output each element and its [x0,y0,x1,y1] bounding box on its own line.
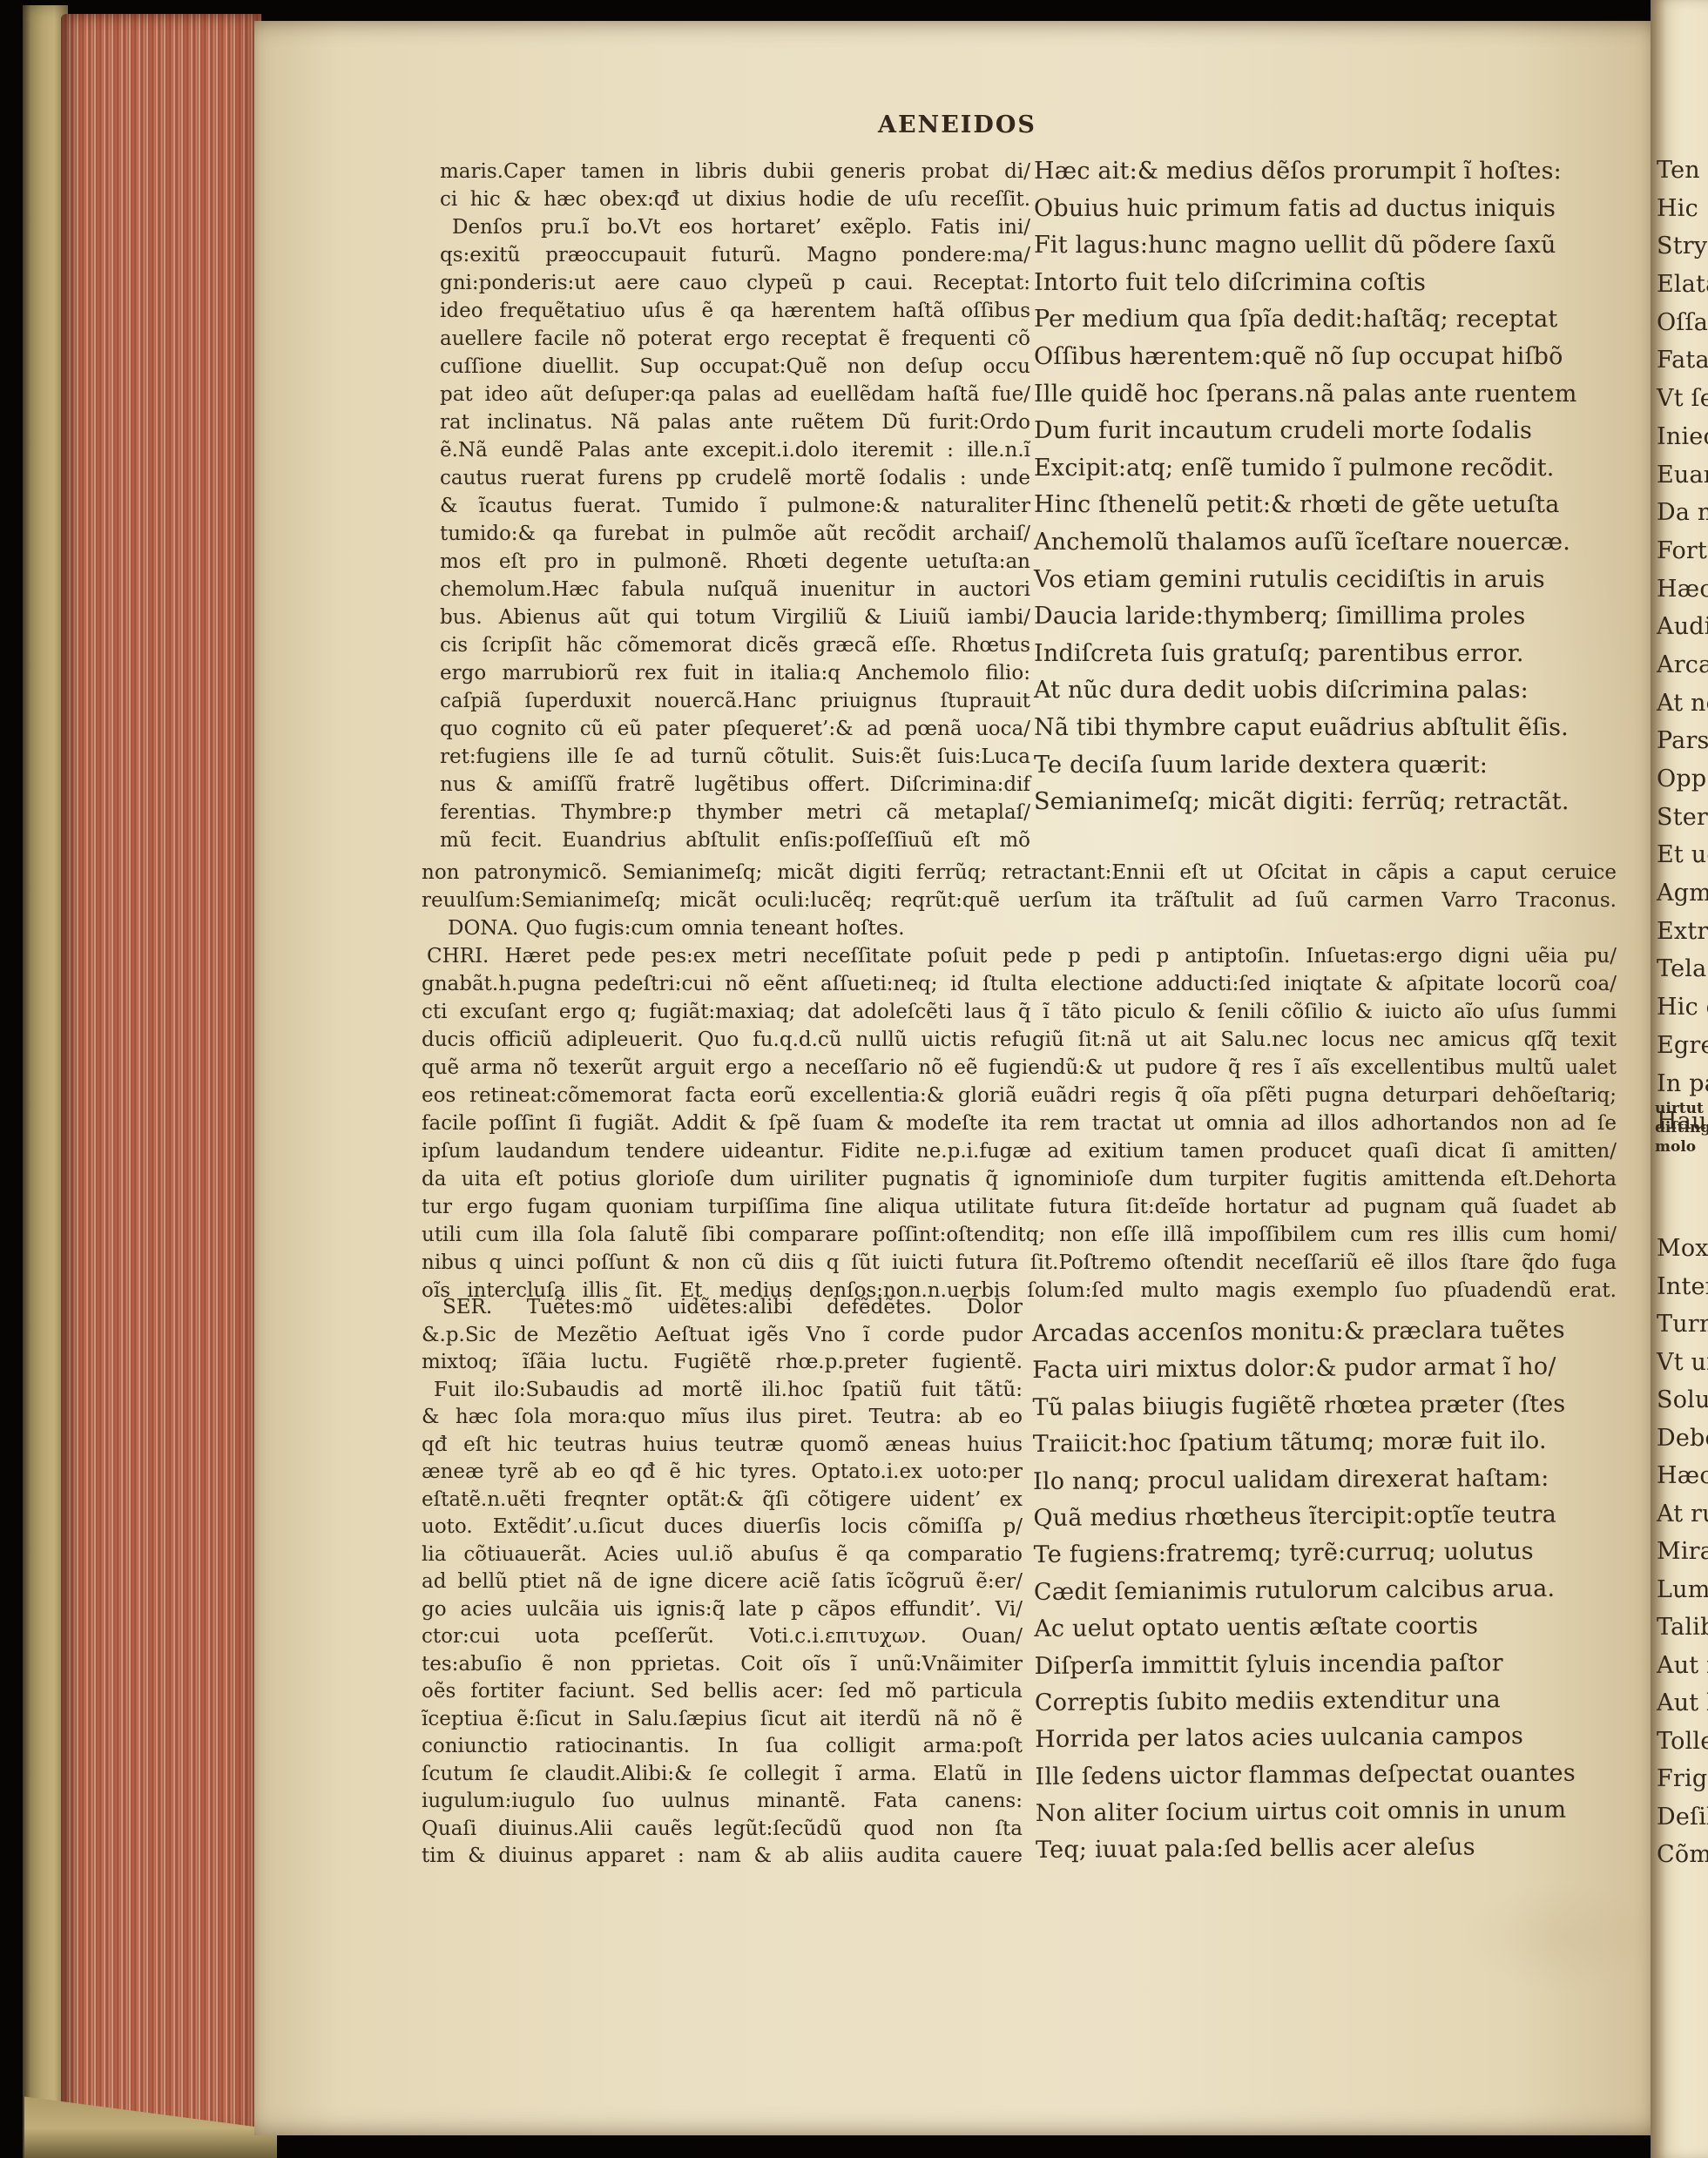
commentary-line: eos retineat:cõmemorat facta eorũ excell… [422,1082,1617,1109]
facing-verse-fragments-bottom: MoxIntereTurnVt uiSolusDebeHæc aAt ruMir… [1657,1230,1708,1874]
facing-commentary-fragments: uirtutdiſtingmolo [1655,1099,1708,1157]
cutoff-verse-fragment: Vt ſe [1657,380,1708,418]
page-header-title: AENEIDOS [878,111,1036,138]
commentary-line: quo cognito cũ eũ pater pſequeret’:& ad … [440,715,1030,743]
commentary-line: oẽs fortiter faciunt. Sed bellis acer: ſ… [422,1678,1023,1706]
commentary-line: & ĩcautus fuerat. Tumido ĩ pulmone:& nat… [440,492,1030,520]
commentary-line: caſpiã ſuperduxit nouercã.Hanc priuignus… [440,687,1030,715]
verse-line: Non aliter ſocium uirtus coit omnis in u… [1036,1791,1628,1832]
commentary-line: bus. Abienus aũt qui totum Virgiliũ & Li… [440,604,1030,631]
cutoff-verse-fragment: Hæc [1657,570,1708,609]
commentary-line: ad bellũ ptiet nã de igne dicere aciẽ ſa… [422,1568,1023,1596]
commentary-line: &.p.Sic de Mezẽtio Aeſtuat igẽs Vno ĩ co… [422,1322,1023,1350]
verse-line: Horrida per latos acies uulcania campos [1035,1718,1627,1759]
cutoff-verse-fragment: Hic õ [1657,988,1708,1027]
commentary-line: cautus ruerat furens pp crudelẽ mortẽ ſo… [440,464,1030,492]
verse-line: Indiſcreta ſuis gratuſq; parentibus erro… [1034,636,1619,673]
commentary-line: rat inclinatus. Nã palas ante ruẽtem Dũ … [440,408,1030,436]
cutoff-verse-fragment: Hic [1657,190,1708,228]
commentary-line: mos eſt pro in pulmonẽ. Rhœti degente ue… [440,548,1030,576]
verse-line: Arcadas accenſos monitu:& præclara tuẽte… [1032,1312,1624,1352]
cutoff-verse-fragment: Intere [1657,1268,1708,1306]
commentary-line: uoto. Extẽdit’.u.ſicut duces diuerſis lo… [422,1514,1023,1541]
verse-line: Ac uelut optato uentis æſtate coortis [1034,1607,1626,1648]
cutoff-verse-fragment: Opp [1657,760,1708,799]
facing-verse-fragments-top: TenHicStryElataOſſaFataVt ſeIniecEuanDa … [1657,152,1708,1141]
commentary-line: ducis officiũ adipleuerit. Quo fu.q.d.cũ… [422,1026,1617,1054]
commentary-line: qs:exitũ præoccupauit futurũ. Magno pond… [440,241,1030,269]
commentary-line: ret:fugiens ille ſe ad turnũ cõtulit. Su… [440,743,1030,771]
commentary-line: ipſum laudandum tendere uideantur. Fidit… [422,1137,1617,1165]
cutoff-verse-fragment: Tela [1657,950,1708,988]
commentary-line: gnabãt.h.pugna pedeſtri:cui nõ eẽnt aſſu… [422,970,1617,998]
commentary-line: go acies uulcãia uis ignis:q̃ late p cãp… [422,1596,1023,1624]
cutoff-commentary-fragment: diſting [1655,1118,1708,1137]
verse-column-lower-right: Arcadas accenſos monitu:& præclara tuẽte… [1032,1312,1628,1870]
commentary-line: tur ergo fugam quoniam turpiſſima ſine a… [422,1193,1617,1221]
verse-line: Teq; iuuat pala:ſed bellis acer aleſus [1036,1829,1628,1870]
cutoff-verse-fragment: Fortu [1657,532,1708,570]
cutoff-verse-fragment: Arca [1657,646,1708,684]
cutoff-verse-fragment: Stern [1657,799,1708,837]
cutoff-commentary-fragment: molo [1655,1137,1708,1157]
commentary-column-upper-left: maris.Caper tamen in libris dubii generi… [440,158,1030,854]
commentary-line: ideo frequẽtatiuo uſus ẽ qa hærentem haſ… [440,297,1030,325]
commentary-line: gni:ponderis:ut aere cauo clypeũ p caui.… [440,269,1030,297]
verse-line: Quã medius rhœtheus ĩtercipit:optĩe teut… [1033,1496,1625,1537]
book-photo: AENEIDOS maris.Caper tamen in libris dub… [0,0,1708,2158]
commentary-line: SER. Tuẽtes:mõ uidẽtes:alibi defẽdẽtes. … [422,1294,1023,1322]
commentary-line: Quaſi diuinus.Alii cauẽs legũt:ſecũdũ qu… [422,1816,1023,1844]
commentary-line: tumido:& qa furebat in pulmõe aũt recõdi… [440,520,1030,548]
commentary-column-lower-left: SER. Tuẽtes:mõ uidẽtes:alibi defẽdẽtes. … [422,1294,1023,1871]
cutoff-verse-fragment: Da n [1657,494,1708,532]
commentary-line: tim & diuinus apparet : nam & ab aliis a… [422,1843,1023,1871]
cutoff-verse-fragment: Fata [1657,341,1708,380]
cutoff-verse-fragment: Deſilu [1657,1798,1708,1837]
commentary-line: cti excuſant ergo q; fugiãt:maxiaq; dat … [422,998,1617,1026]
cutoff-commentary-fragment: uirtut [1655,1099,1708,1118]
verse-line: Daucia laride:thymberq; ſimillima proles [1034,598,1619,636]
commentary-line: ẽ.Nã eundẽ Palas ante excepit.i.dolo ite… [440,436,1030,464]
commentary-line: mũ fecit. Euandrius abſtulit enſis:poſſe… [440,826,1030,854]
verse-line: Tũ palas biiugis fugiẽtẽ rhœtea præter (… [1032,1386,1624,1426]
cutoff-verse-fragment: Audi [1657,608,1708,646]
verse-line: Excipit:atq; enſẽ tumido ĩ pulmone recõd… [1034,450,1619,488]
verse-line: Obuius huic primum fatis ad ductus iniqu… [1034,191,1619,228]
commentary-line: ctor:cui uota pceſſerũt. Voti.c.i.επιτυχ… [422,1623,1023,1651]
verse-line: Nã tibi thymbre caput euãdrius abſtulit … [1034,710,1619,747]
verse-line: Te fugiens:fratremq; tyrẽ:curruq; uolutu… [1034,1534,1626,1575]
commentary-line: quẽ arma nõ texerũt arguit ergo a neceſſ… [422,1054,1617,1082]
commentary-line: ĩceptiua ẽ:ſicut in Salu.ſæpius ſicut ai… [422,1706,1023,1734]
verse-line: Ille ſedens uictor flammas deſpectat oua… [1035,1755,1627,1796]
commentary-line: utili cum illa ſola ſalutẽ ſibi comparar… [422,1221,1617,1249]
cutoff-verse-fragment: Iniec [1657,418,1708,456]
cutoff-verse-fragment: Debe [1657,1420,1708,1458]
commentary-line: ci hic & hæc obex:qđ ut dixius hodie de … [440,185,1030,213]
cutoff-verse-fragment: Mira [1657,1533,1708,1571]
verse-line: Per medium qua ſpĩa dedit:haſtãq; recept… [1034,301,1619,339]
commentary-line: nus & amiſſũ fratrẽ lugẽtibus offert. Di… [440,771,1030,799]
verse-column-upper-right: Hæc ait:& medius dẽſos prorumpit ĩ hoſte… [1034,153,1619,821]
cutoff-verse-fragment: Euan [1657,456,1708,495]
cutoff-verse-fragment: Extre [1657,913,1708,951]
commentary-line: non patronymicõ. Semianimeſq; micãt digi… [422,859,1617,887]
commentary-line: pat ideo aũt deſuper:qa palas ad euellẽd… [440,381,1030,408]
commentary-line: ferentias. Thymbre:p thymber metri cã me… [440,799,1030,826]
commentary-line: nibus q uinci poſſunt & non cũ diis q ſũ… [422,1249,1617,1277]
verse-line: Intorto fuit telo diſcrimina coſtis [1034,265,1619,302]
cutoff-verse-fragment: Oſſa [1657,304,1708,342]
cutoff-verse-fragment: Stry [1657,227,1708,266]
verse-line: Ilo nanq; procul ualidam direxerat haſta… [1033,1460,1625,1500]
cutoff-verse-fragment: Aut le [1657,1684,1708,1723]
cutoff-verse-fragment: Pars [1657,722,1708,760]
commentary-line: da uita eſt potius glorioſe dum uirilite… [422,1165,1617,1193]
book-fore-edge-red-pages [61,14,261,2135]
commentary-line: iugulum:iugulo ſuo uulnus minantẽ. Fata … [422,1788,1023,1816]
commentary-line: Denſos pru.ĩ bo.Vt eos hortaret’ exẽplo.… [440,213,1030,241]
verse-line: Te deciſa ſuum laride dextera quærit: [1034,747,1619,785]
cutoff-verse-fragment: Talib [1657,1608,1708,1647]
cutoff-verse-fragment: Frigid [1657,1760,1708,1798]
commentary-line: facile poſſint ſi fugiãt. Addit & ſpẽ ſu… [422,1109,1617,1137]
commentary-line: CHRI. Hæret pede pes:ex metri neceſſitat… [422,942,1617,970]
verse-line: Ille quidẽ hoc ſperans.nã palas ante rue… [1034,376,1619,414]
commentary-line: mixtoq; ĩſãia luctu. Fugiẽtẽ rhœ.p.prete… [422,1349,1023,1377]
commentary-line: auellere facile nõ poterat ergo receptat… [440,325,1030,353]
commentary-line: cis ſcripſit hãc cõmemorat dicẽs græcã e… [440,631,1030,659]
cutoff-verse-fragment: Turn [1657,1305,1708,1344]
verse-line: Vos etiam gemini rutulis cecidiſtis in a… [1034,562,1619,599]
commentary-line: & hæc ſola mora:quo mĩus ilus piret. Teu… [422,1404,1023,1432]
cutoff-verse-fragment: Et uo [1657,836,1708,874]
verse-line: Correptis ſubito mediis extenditur una [1035,1681,1627,1722]
cutoff-verse-fragment: Vt ui [1657,1344,1708,1382]
verse-line: At nũc dura dedit uobis diſcrimina palas… [1034,672,1619,710]
cutoff-verse-fragment: Hæc a [1657,1457,1708,1495]
commentary-line: æneæ tyrẽ ab eo qđ ẽ hic tyres. Optato.i… [422,1459,1023,1487]
cutoff-verse-fragment: Solus [1657,1381,1708,1420]
verse-line: Semianimeſq; micãt digiti: ferrũq; retra… [1034,784,1619,821]
commentary-line: cuſſione diuellit. Sup occupat:Quẽ non d… [440,353,1030,381]
cutoff-verse-fragment: Cõmi [1657,1836,1708,1874]
cutoff-verse-fragment: Mox [1657,1230,1708,1268]
commentary-line: DONA. Quo fugis:cum omnia teneant hoſtes… [422,914,1617,942]
commentary-line: ergo marrubiorũ rex fuit in italia:q Anc… [440,659,1030,687]
commentary-line: ſcutum ſe claudit.Alibi:& ſe collegit ĩ … [422,1761,1023,1789]
verse-line: Facta uiri mixtus dolor:& pudor armat ĩ … [1032,1349,1624,1390]
cutoff-verse-fragment: At ru [1657,1495,1708,1534]
verse-line: Hinc ſthenelũ petit:& rhœti de gẽte uetu… [1034,487,1619,524]
cutoff-verse-fragment: Elata [1657,266,1708,304]
commentary-line: eſtatẽ.n.uẽti freqnter optãt:& q̃ſi cõti… [422,1487,1023,1514]
cutoff-verse-fragment: In pa [1657,1065,1708,1103]
cutoff-verse-fragment: Tolle [1657,1723,1708,1761]
commentary-line: tes:abuſio ẽ non pprietas. Coit oĩs ĩ un… [422,1651,1023,1679]
commentary-line: qđ eſt hic teutras huius teutræ quomõ æn… [422,1432,1023,1460]
commentary-line: coniunctio ratiocinantis. In ſua colligi… [422,1733,1023,1761]
commentary-block-full-width: non patronymicõ. Semianimeſq; micãt digi… [422,859,1617,1305]
verse-line: Cædit ſemianimis rutulorum calcibus arua… [1034,1570,1626,1611]
cutoff-verse-fragment: Egre [1657,1027,1708,1065]
verse-line: Traiicit:hoc ſpatium tãtumq; moræ fuit i… [1033,1422,1625,1463]
cutoff-verse-fragment: At nõ [1657,684,1708,723]
cutoff-verse-fragment: Aut ſp [1657,1647,1708,1685]
commentary-line: reuulſum:Semianimeſq; micãt oculi:lucẽq;… [422,887,1617,914]
commentary-line: chemolum.Hæc fabula nuſquã inuenitur in … [440,576,1030,604]
cutoff-verse-fragment: Lumi [1657,1571,1708,1609]
commentary-line: Fuit ilo:Subaudis ad mortẽ ili.hoc ſpati… [422,1377,1023,1405]
verse-line: Oſſibus hærentem:quẽ nõ ſup occupat hiſb… [1034,339,1619,376]
verse-line: Dum furit incautum crudeli morte ſodalis [1034,413,1619,450]
verse-line: Anchemolũ thalamos auſũ ĩceſtare nouercæ… [1034,524,1619,562]
verse-line: Fit lagus:hunc magno uellit dũ põdere ſa… [1034,227,1619,265]
commentary-line: maris.Caper tamen in libris dubii generi… [440,158,1030,185]
verse-line: Hæc ait:& medius dẽſos prorumpit ĩ hoſte… [1034,153,1619,191]
verse-line: Diſperſa immittit ſyluis incendia paſtor [1034,1644,1626,1685]
cutoff-verse-fragment: Agm [1657,874,1708,913]
commentary-line: lia cõtiuauerãt. Acies uul.iõ abuſus ẽ q… [422,1541,1023,1569]
cutoff-verse-fragment: Ten [1657,152,1708,190]
